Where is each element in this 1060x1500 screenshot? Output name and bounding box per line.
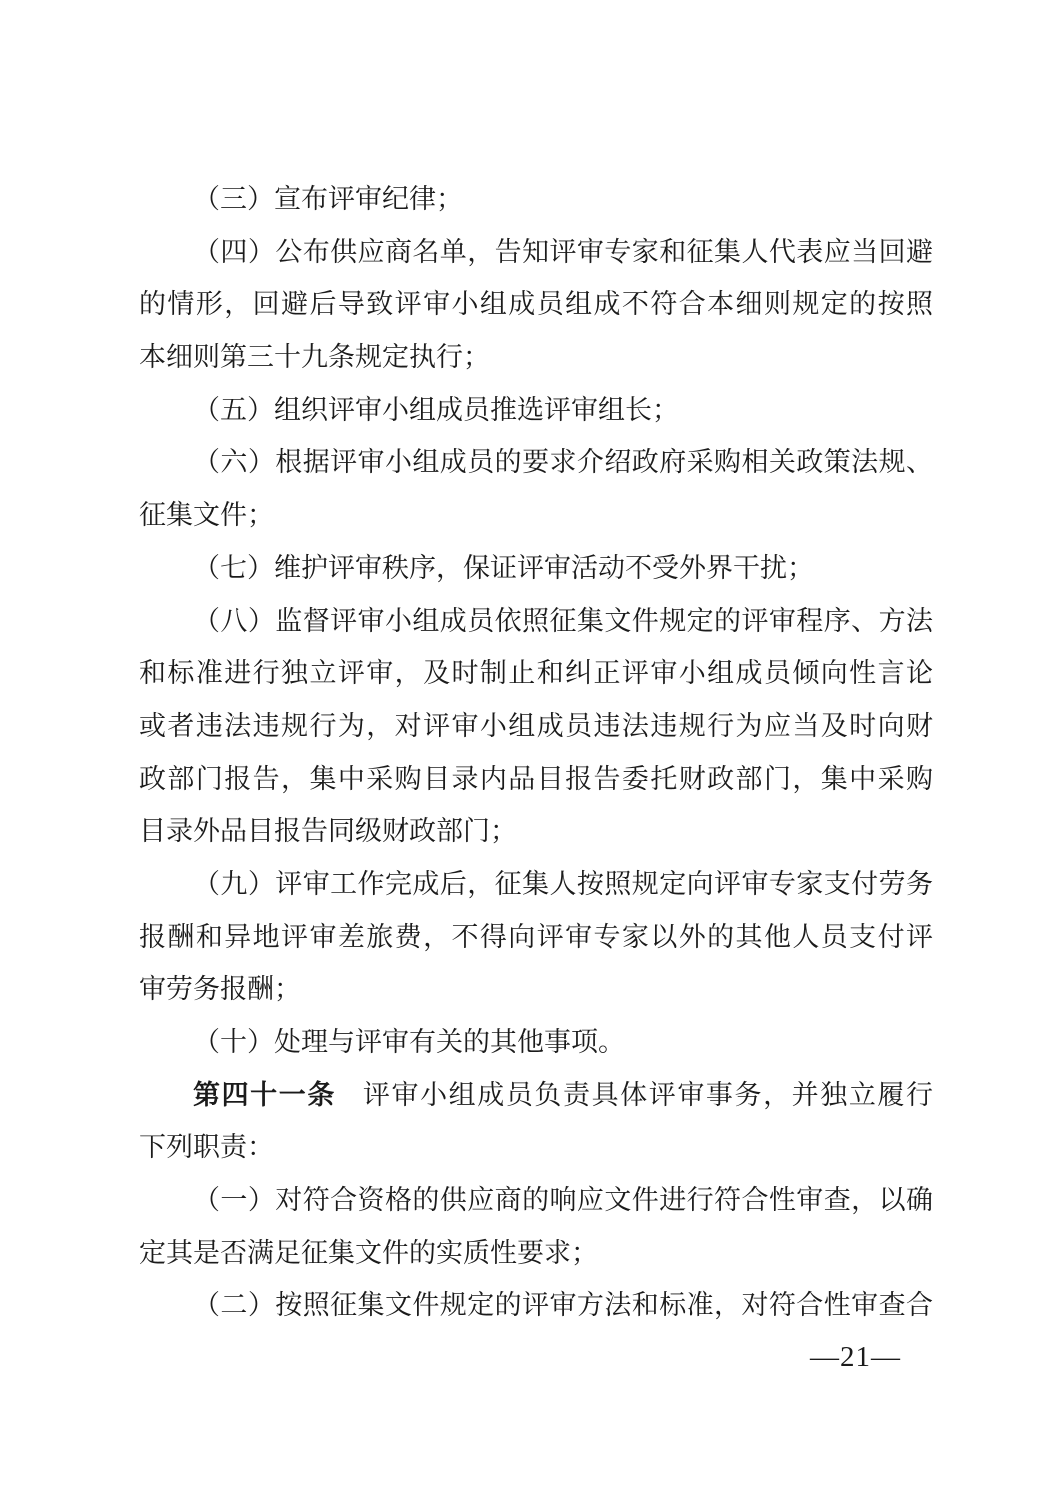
text-line: 征集文件； — [139, 489, 933, 542]
text-line: 定其是否满足征集文件的实质性要求； — [139, 1227, 933, 1280]
text-line: （二）按照征集文件规定的评审方法和标准，对符合性审查合 — [139, 1279, 933, 1332]
page-number-dash-left: — — [810, 1341, 840, 1373]
text-line: 政部门报告，集中采购目录内品目报告委托财政部门，集中采购 — [139, 753, 933, 806]
document-body: （三）宣布评审纪律；（四）公布供应商名单，告知评审专家和征集人代表应当回避的情形… — [139, 173, 933, 1332]
text-line: 的情形，回避后导致评审小组成员组成不符合本细则规定的按照 — [139, 278, 933, 331]
text-line: （六）根据评审小组成员的要求介绍政府采购相关政策法规、 — [139, 436, 933, 489]
page-number-dash-right: — — [871, 1341, 901, 1373]
text-line: 第四十一条评审小组成员负责具体评审事务，并独立履行 — [139, 1069, 933, 1122]
text-line: （一）对符合资格的供应商的响应文件进行符合性审查，以确 — [139, 1174, 933, 1227]
text-line: 和标准进行独立评审，及时制止和纠正评审小组成员倾向性言论 — [139, 647, 933, 700]
text-line: （七）维护评审秩序，保证评审活动不受外界干扰； — [139, 542, 933, 595]
page-number-value: 21 — [840, 1341, 871, 1373]
text-line: （九）评审工作完成后，征集人按照规定向评审专家支付劳务 — [139, 858, 933, 911]
text-line: 本细则第三十九条规定执行； — [139, 331, 933, 384]
text-line: 或者违法违规行为，对评审小组成员违法违规行为应当及时向财 — [139, 700, 933, 753]
text-line: （五）组织评审小组成员推选评审组长； — [139, 384, 933, 437]
page: （三）宣布评审纪律；（四）公布供应商名单，告知评审专家和征集人代表应当回避的情形… — [0, 0, 1060, 1500]
text-line: （十）处理与评审有关的其他事项。 — [139, 1016, 933, 1069]
text-line: 目录外品目报告同级财政部门； — [139, 805, 933, 858]
text-line: 下列职责： — [139, 1121, 933, 1174]
text-line: 审劳务报酬； — [139, 963, 933, 1016]
page-number: —21— — [810, 1340, 901, 1374]
text-line: （四）公布供应商名单，告知评审专家和征集人代表应当回避 — [139, 226, 933, 279]
text-line: （八）监督评审小组成员依照征集文件规定的评审程序、方法 — [139, 595, 933, 648]
article-text: 评审小组成员负责具体评审事务，并独立履行 — [363, 1080, 933, 1110]
article-number-bold: 第四十一条 — [193, 1080, 336, 1110]
text-line: 报酬和异地评审差旅费，不得向评审专家以外的其他人员支付评 — [139, 911, 933, 964]
text-line: （三）宣布评审纪律； — [139, 173, 933, 226]
